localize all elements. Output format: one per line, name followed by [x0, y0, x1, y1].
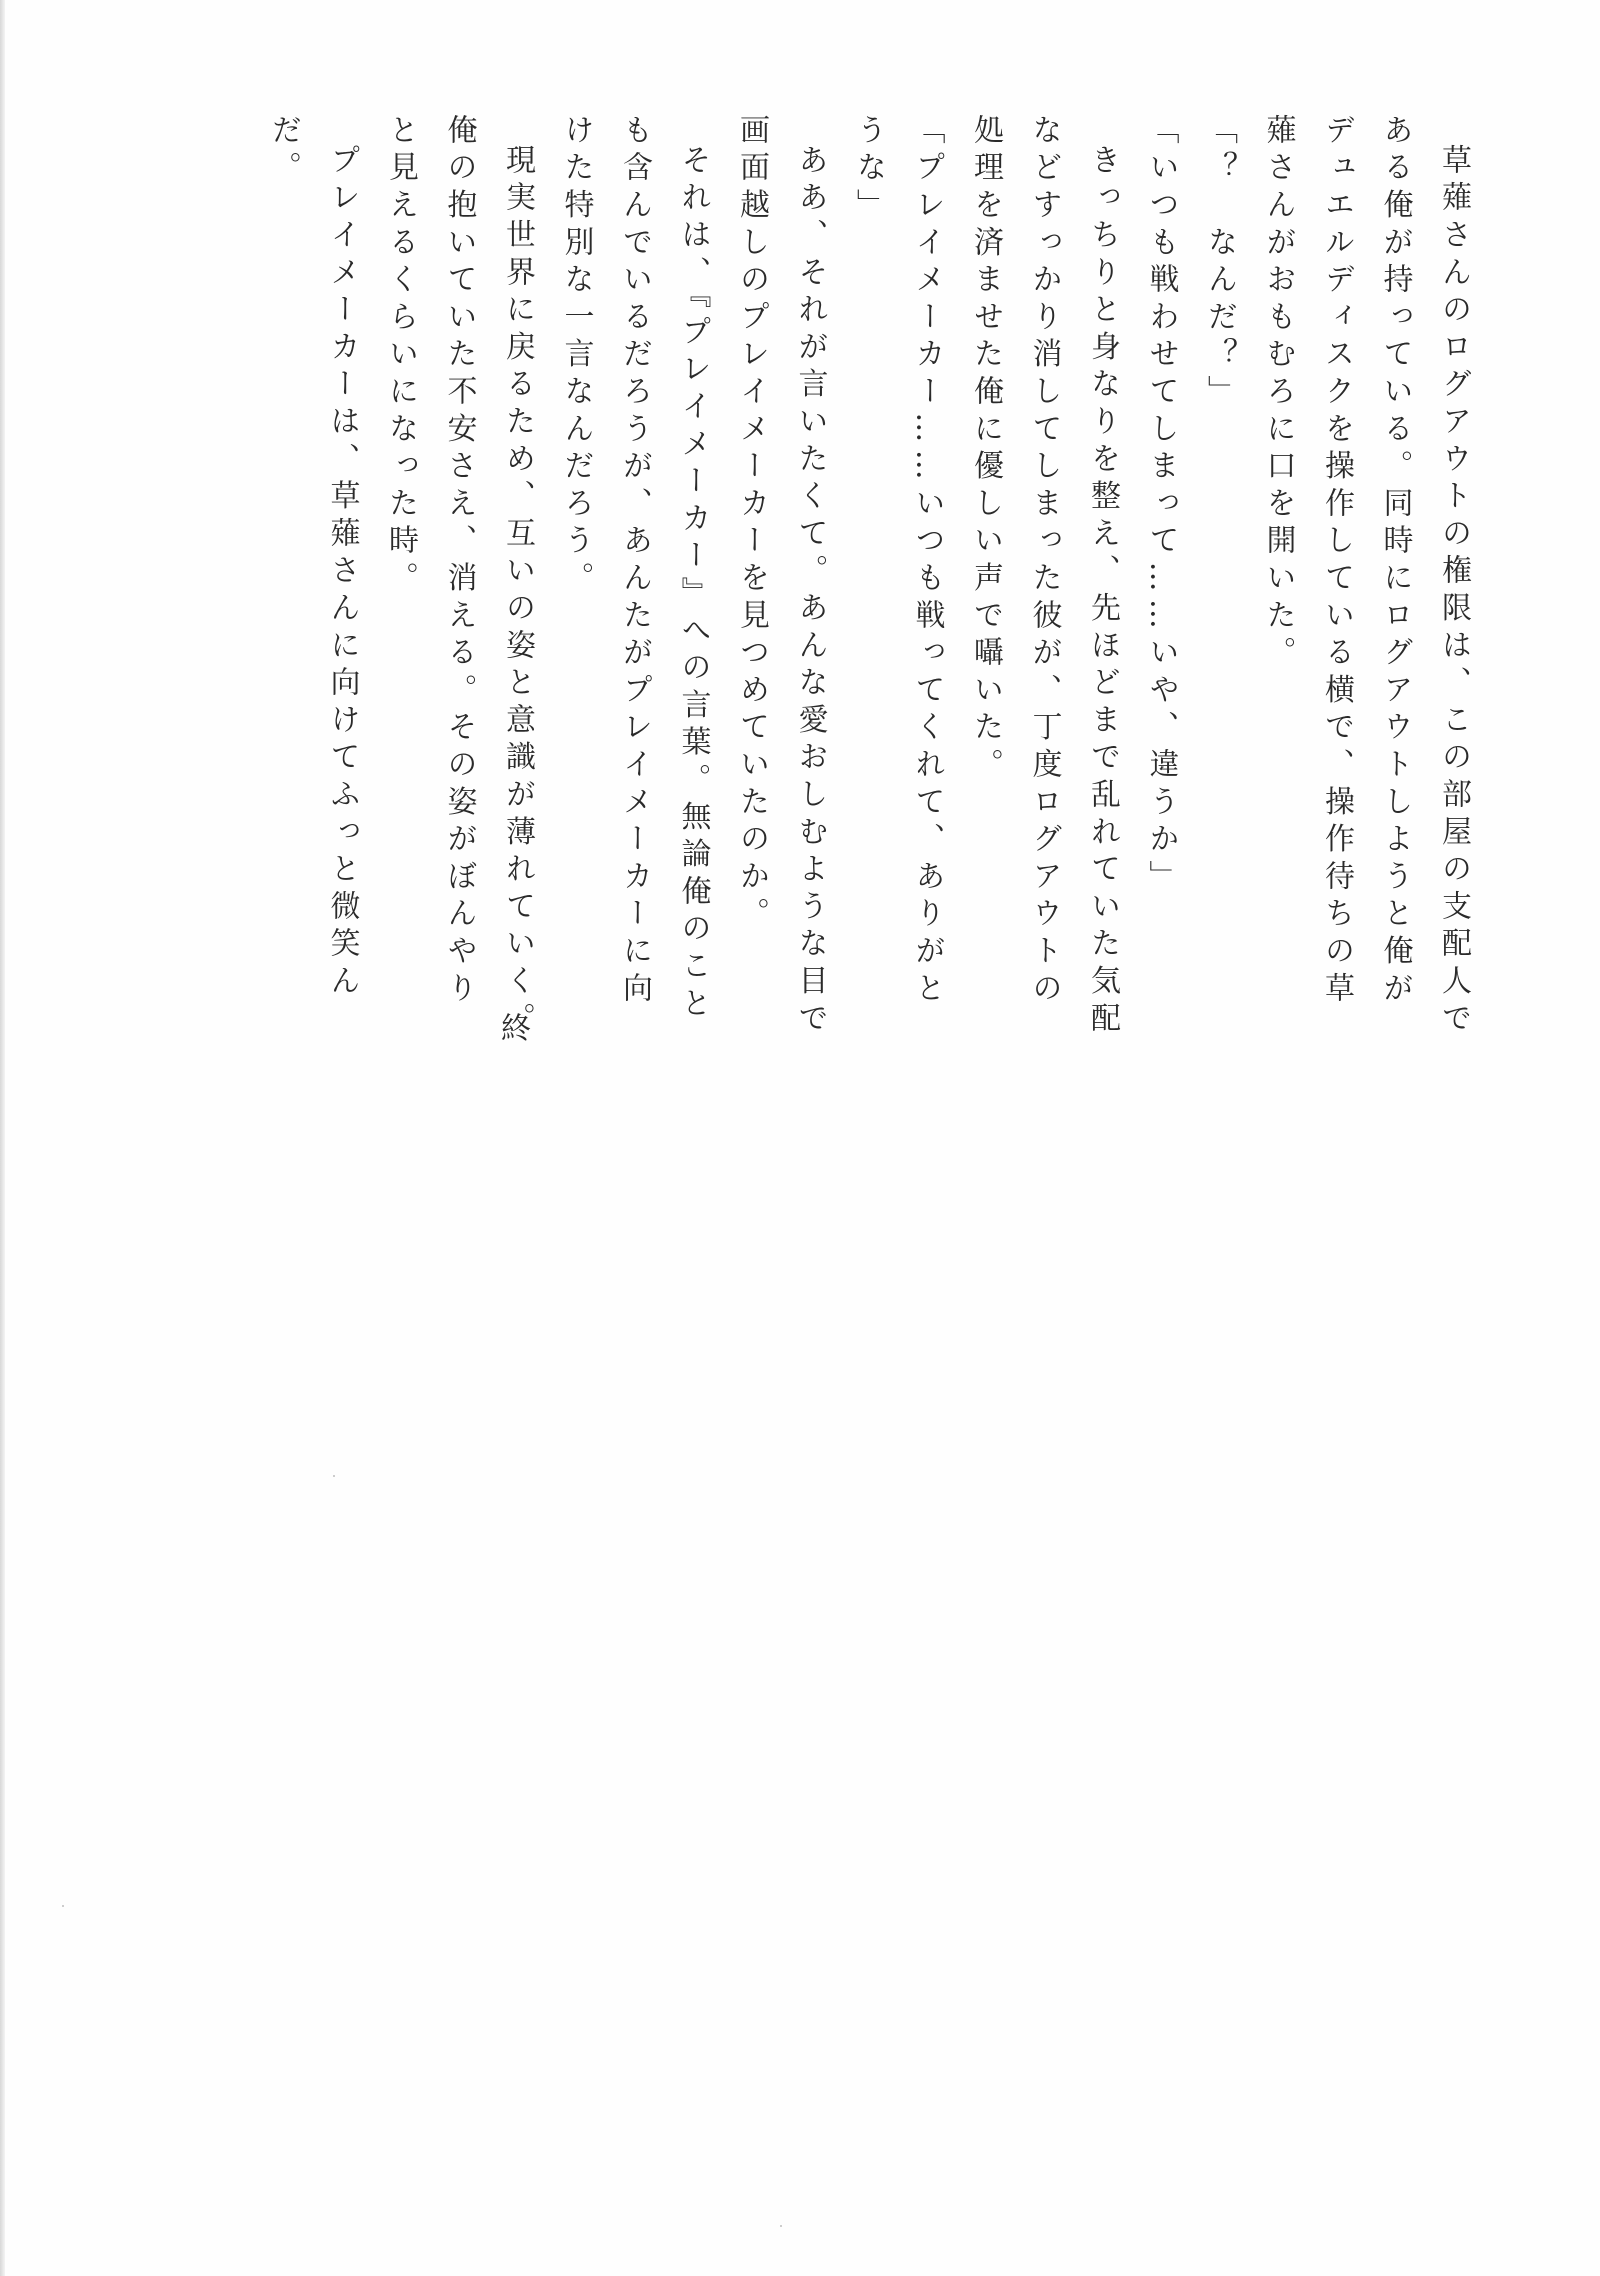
paragraph: きっちりと身なりを整え、先ほどまで乱れていた気配などすっかり消してしまった彼が、…	[956, 114, 1132, 1044]
dialogue-line: 「？ なんだ？」	[1190, 114, 1249, 1044]
scan-speck	[62, 1905, 64, 1907]
paragraph: プレイメーカーは、草薙さんに向けてふっと微笑んだ。	[254, 114, 371, 1044]
paragraph: 現実世界に戻るため、互いの姿と意識が薄れていく。俺の抱いていた不安さえ、消える。…	[371, 114, 547, 1044]
scan-speck	[780, 2225, 782, 2227]
vertical-body-text: 草薙さんのログアウトの権限は、この部屋の支配人である俺が持っている。同時にログア…	[254, 114, 1483, 1044]
scan-speck	[333, 1475, 335, 1477]
paragraph: 草薙さんのログアウトの権限は、この部屋の支配人である俺が持っている。同時にログア…	[1248, 114, 1482, 1044]
page-edge-shadow	[0, 0, 5, 2276]
end-mark: 終	[490, 1012, 534, 1042]
dialogue-line: 「プレイメーカー……いつも戦ってくれて、ありがとうな」	[839, 114, 956, 1044]
paragraph: それは、『プレイメーカー』への言葉。無論俺のことも含んでいるだろうが、あんたがプ…	[546, 114, 722, 1044]
paragraph: ああ、それが言いたくて。あんな愛おしむような目で画面越しのプレイメーカーを見つめ…	[722, 114, 839, 1044]
document-page: 草薙さんのログアウトの権限は、この部屋の支配人である俺が持っている。同時にログア…	[0, 0, 1600, 2276]
dialogue-line: 「いつも戦わせてしまって……いや、違うか」	[1131, 114, 1190, 1044]
